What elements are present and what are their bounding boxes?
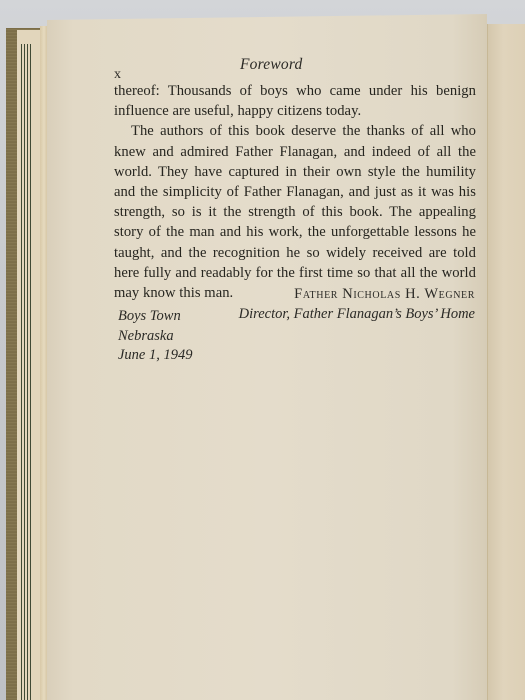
signatory-title: Director, Father Flanagan’s Boys’ Home bbox=[239, 304, 475, 324]
dateline-date: June 1, 1949 bbox=[118, 346, 193, 366]
endpaper-rule bbox=[30, 44, 31, 700]
signature-block: Father Nicholas H. Wegner Director, Fath… bbox=[239, 284, 475, 324]
endpaper-rule bbox=[21, 44, 22, 700]
paragraph: The authors of this book deserve the tha… bbox=[114, 121, 476, 303]
dateline-place-2: Nebraska bbox=[118, 327, 193, 347]
page-stack-left bbox=[40, 26, 48, 700]
endpaper-rule bbox=[24, 44, 25, 700]
dateline: Boys Town Nebraska June 1, 1949 bbox=[118, 307, 193, 366]
signatory-name: Father Nicholas H. Wegner bbox=[239, 284, 475, 304]
endpaper-rule bbox=[27, 44, 28, 700]
paragraph: thereof: Thousands of boys who came unde… bbox=[114, 81, 476, 121]
running-head: Foreword bbox=[240, 56, 302, 74]
facing-page-edge bbox=[487, 24, 525, 700]
foreword-body: thereof: Thousands of boys who came unde… bbox=[114, 81, 476, 303]
dateline-place-1: Boys Town bbox=[118, 307, 193, 327]
